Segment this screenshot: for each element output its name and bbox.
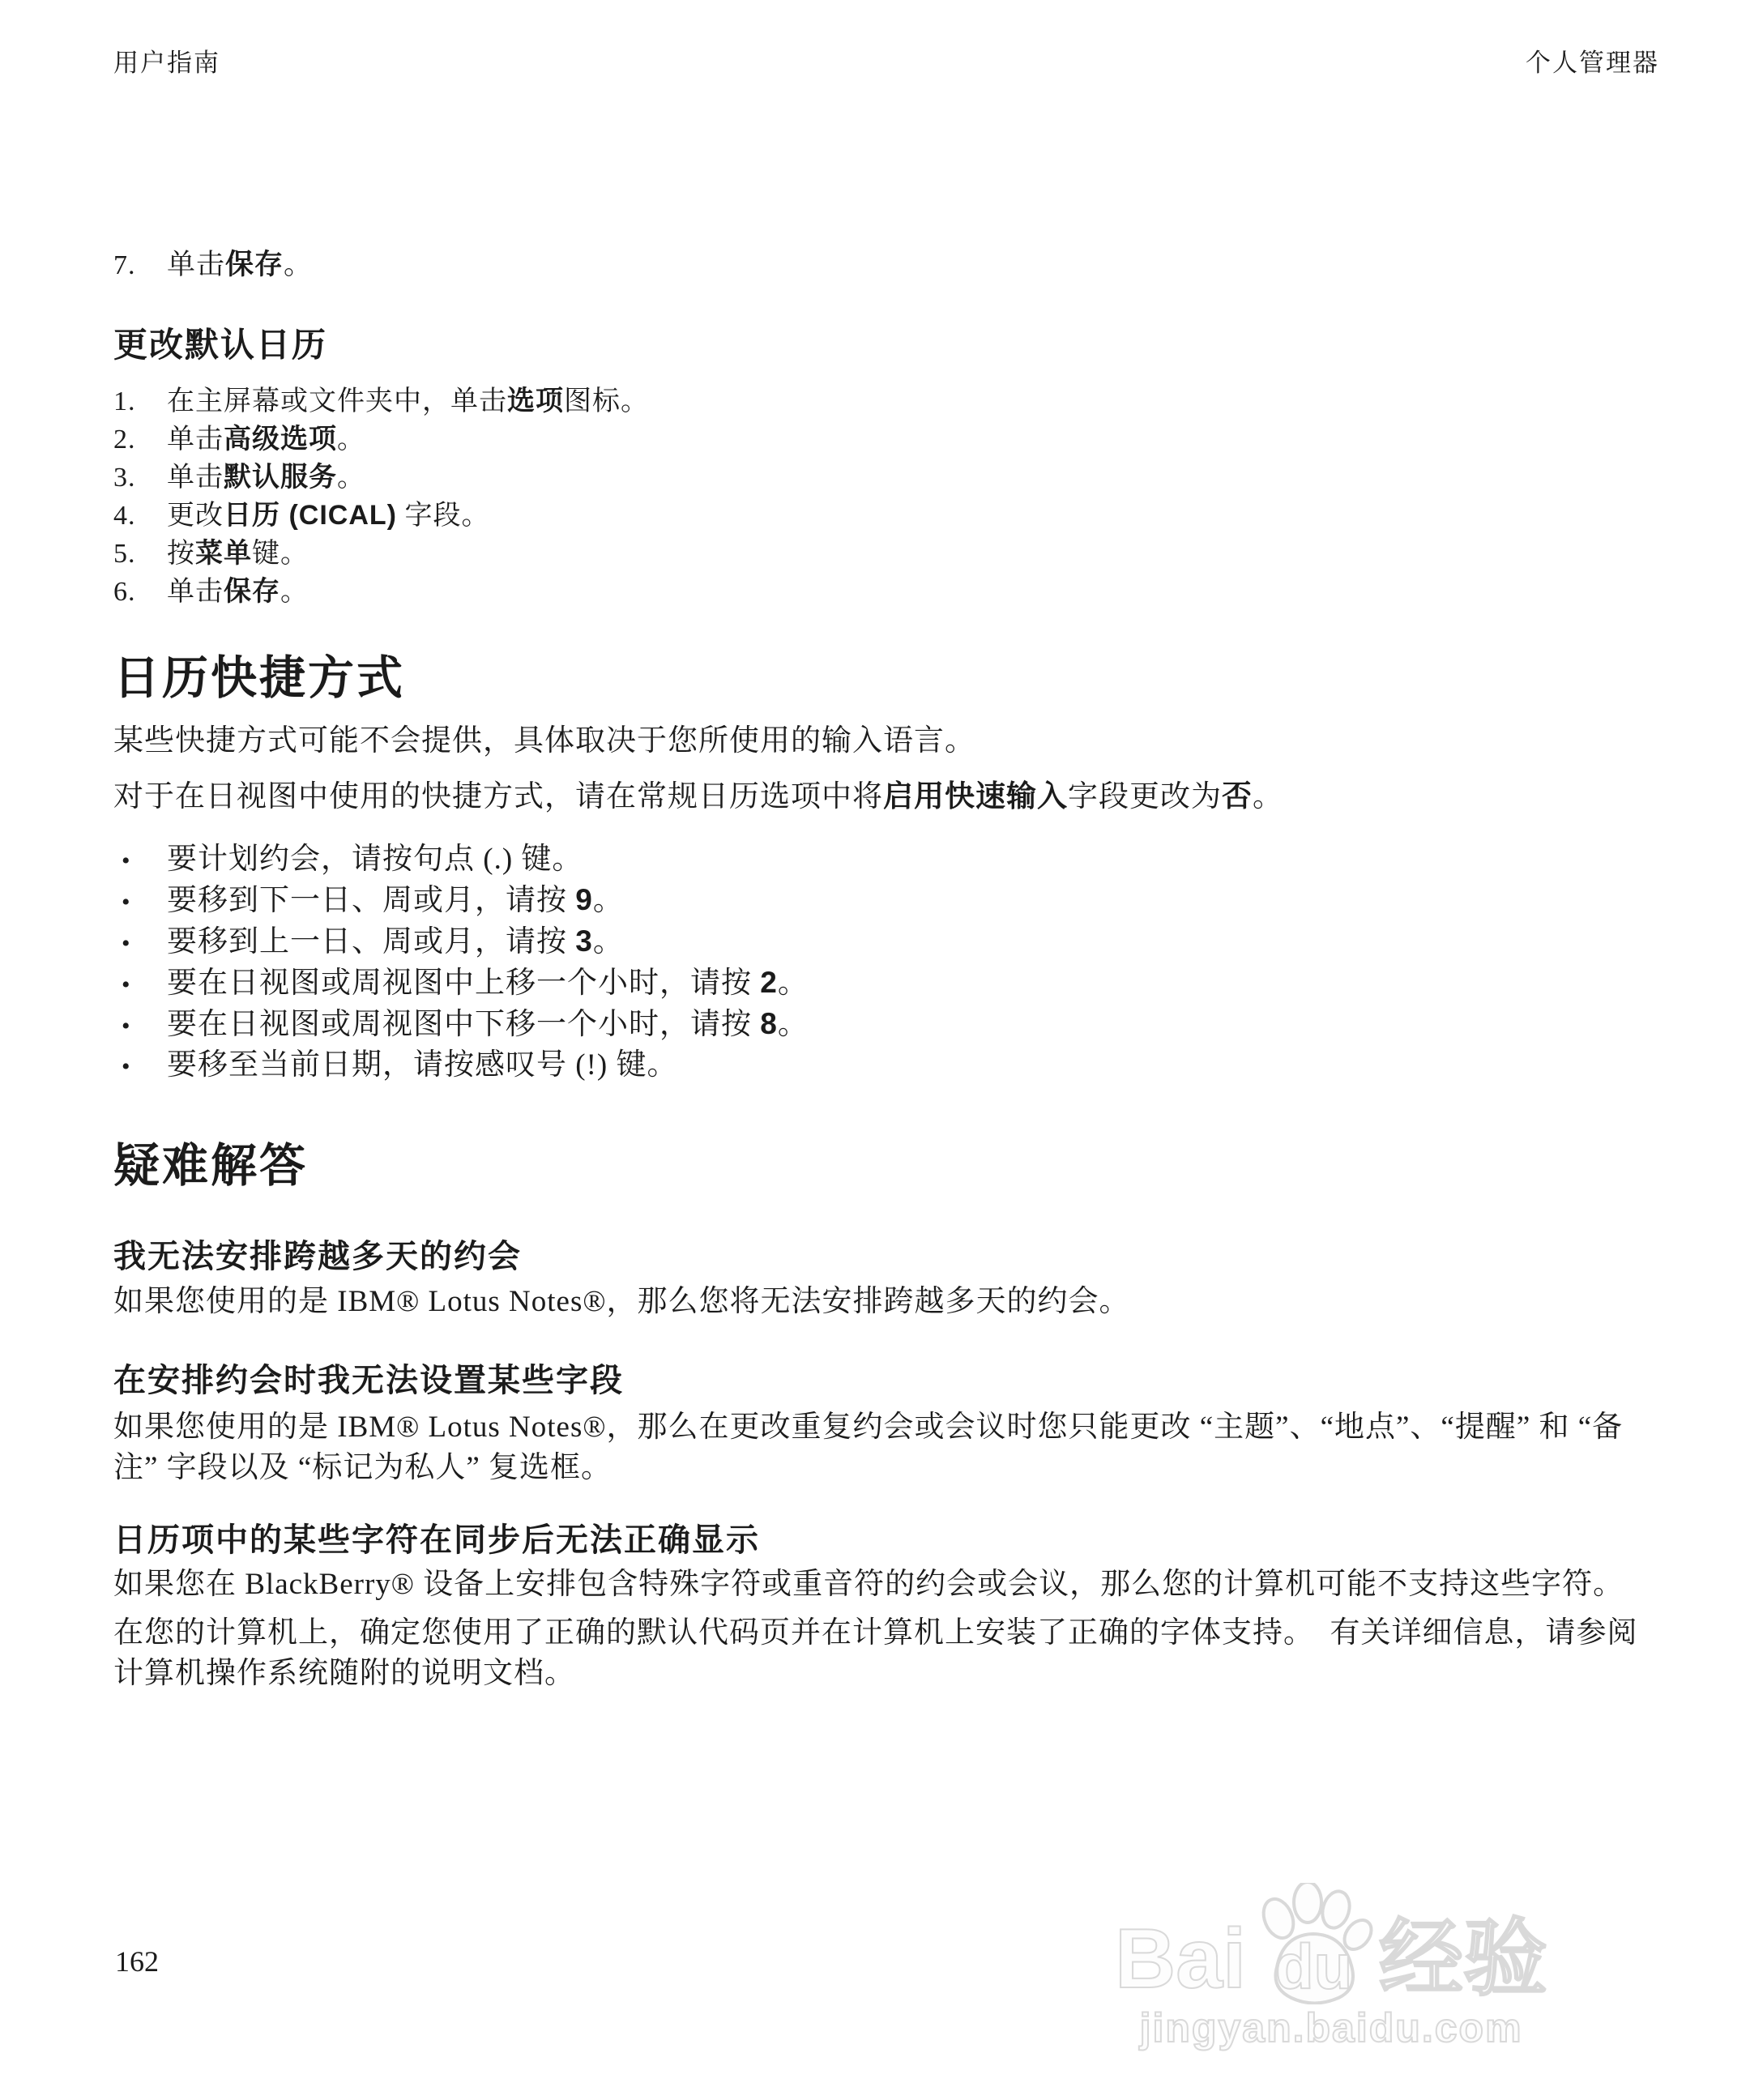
document-page: 用户指南 个人管理器 7. 单击保存。 更改默认日历 1. 在主屏幕或文件夹中，… <box>0 0 1750 2100</box>
list-item: • 要在日视图或周视图中下移一个小时，请按 8。 <box>113 1005 1653 1046</box>
list-item: 3. 单击默认服务。 <box>113 459 1653 497</box>
baidu-logo: Bai du 经验 <box>1115 1878 1547 2000</box>
watermark-brand-left: Bai <box>1115 1919 1246 2000</box>
paragraph: 如果您使用的是 IBM® Lotus Notes®，那么在更改重复约会或会议时您… <box>113 1407 1653 1488</box>
step-text: 单击保存。 <box>167 573 1653 611</box>
bullet-marker: • <box>113 966 167 1005</box>
list-item: • 要在日视图或周视图中上移一个小时，请按 2。 <box>113 963 1653 1005</box>
paragraph: 如果您在 BlackBerry® 设备上安排包含特殊字符或重音符的约会或会议，那… <box>113 1566 1653 1603</box>
section-title-calendar-shortcuts: 日历快捷方式 <box>113 651 1653 705</box>
page-number: 162 <box>115 1944 159 1978</box>
section-title-troubleshooting: 疑难解答 <box>113 1139 1653 1193</box>
step-text: 单击保存。 <box>167 247 1653 283</box>
paragraph: 对于在日视图中使用的快捷方式，请在常规日历选项中将启用快速输入字段更改为否。 <box>113 778 1653 816</box>
list-item: 5. 按菜单键。 <box>113 535 1653 573</box>
bullet-text: 要在日视图或周视图中下移一个小时，请按 8。 <box>167 1005 1653 1044</box>
watermark-du: du <box>1275 1935 1352 1998</box>
bullet-marker: • <box>113 1007 167 1046</box>
watermark-brand-suffix: 经验 <box>1379 1919 1547 2000</box>
step-number: 4. <box>113 497 167 535</box>
paragraph: 某些快捷方式可能不会提供，具体取决于您所使用的输入语言。 <box>113 723 1653 760</box>
page-content: 7. 单击保存。 更改默认日历 1. 在主屏幕或文件夹中，单击选项图标。 2. … <box>113 0 1653 1694</box>
subsection-title: 在安排约会时我无法设置某些字段 <box>113 1361 1653 1400</box>
step-text: 更改日历 (CICAL) 字段。 <box>167 497 1653 535</box>
bullet-marker: • <box>113 924 167 963</box>
step-text: 在主屏幕或文件夹中，单击选项图标。 <box>167 382 1653 420</box>
step-text: 单击默认服务。 <box>167 459 1653 497</box>
step-number: 3. <box>113 459 167 497</box>
step-item-7: 7. 单击保存。 <box>113 247 1653 284</box>
list-item: • 要计划约会，请按句点 (.) 键。 <box>113 840 1653 881</box>
bullet-marker: • <box>113 883 167 922</box>
list-item: • 要移至当前日期，请按感叹号 (!) 键。 <box>113 1046 1653 1086</box>
bullet-text: 要移到上一日、周或月，请按 3。 <box>167 922 1653 962</box>
watermark-url: jingyan.baidu.com <box>1115 2004 1547 2051</box>
default-calendar-steps: 1. 在主屏幕或文件夹中，单击选项图标。 2. 单击高级选项。 3. 单击默认服… <box>113 382 1653 611</box>
bullet-text: 要在日视图或周视图中上移一个小时，请按 2。 <box>167 963 1653 1003</box>
bullet-text: 要计划约会，请按句点 (.) 键。 <box>167 840 1653 879</box>
subsection-title: 日历项中的某些字符在同步后无法正确显示 <box>113 1521 1653 1560</box>
list-item: • 要移到下一日、周或月，请按 9。 <box>113 881 1653 922</box>
list-item: • 要移到上一日、周或月，请按 3。 <box>113 922 1653 963</box>
bullet-text: 要移到下一日、周或月，请按 9。 <box>167 881 1653 920</box>
step-number: 5. <box>113 536 167 573</box>
shortcuts-bullet-list: • 要计划约会，请按句点 (.) 键。 • 要移到下一日、周或月，请按 9。 •… <box>113 840 1653 1086</box>
paragraph: 在您的计算机上，确定您使用了正确的默认代码页并在计算机上安装了正确的字体支持。 … <box>113 1613 1653 1694</box>
bullet-marker: • <box>113 842 167 881</box>
list-item: 4. 更改日历 (CICAL) 字段。 <box>113 497 1653 535</box>
bullet-text: 要移至当前日期，请按感叹号 (!) 键。 <box>167 1046 1653 1085</box>
step-number: 2. <box>113 421 167 459</box>
paragraph: 如果您使用的是 IBM® Lotus Notes®，那么您将无法安排跨越多天的约… <box>113 1283 1653 1321</box>
step-text: 单击高级选项。 <box>167 420 1653 459</box>
step-number: 1. <box>113 383 167 420</box>
baidu-jingyan-watermark: Bai du 经验 jingyan.baidu.com <box>1115 1878 1547 2051</box>
step-number: 7. <box>113 248 167 284</box>
step-number: 6. <box>113 574 167 611</box>
subsection-title: 我无法安排跨越多天的约会 <box>113 1237 1653 1276</box>
bullet-marker: • <box>113 1048 167 1086</box>
list-item: 6. 单击保存。 <box>113 573 1653 611</box>
list-item: 1. 在主屏幕或文件夹中，单击选项图标。 <box>113 382 1653 420</box>
list-item: 2. 单击高级选项。 <box>113 420 1653 459</box>
section-title-default-calendar: 更改默认日历 <box>113 324 1653 366</box>
step-text: 按菜单键。 <box>167 535 1653 573</box>
paw-icon: du <box>1248 1878 1377 2000</box>
